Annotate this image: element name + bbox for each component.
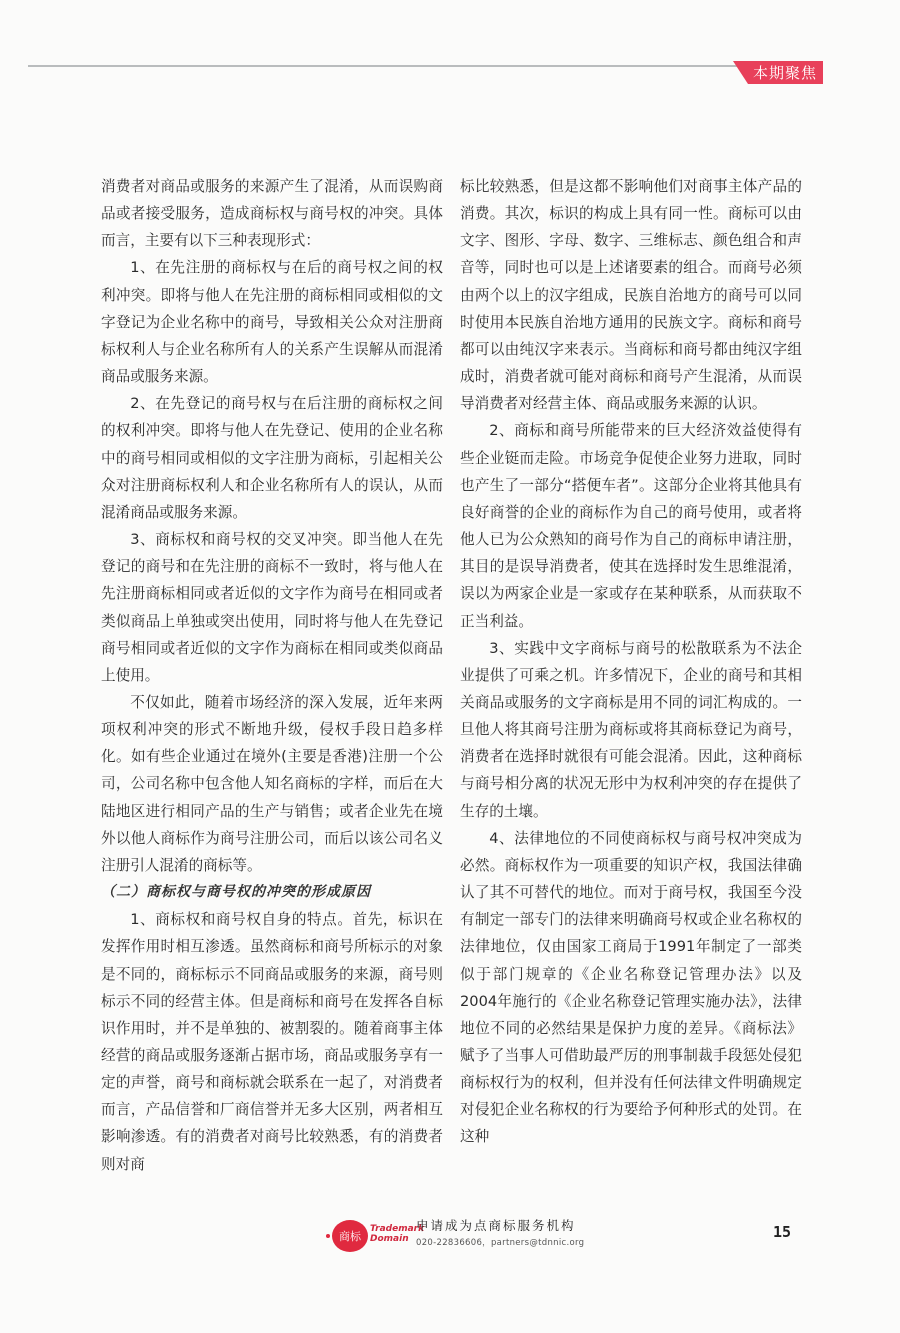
paragraph: 不仅如此，随着市场经济的深入发展，近年来两项权利冲突的形式不断地升级，侵权手段日… — [101, 689, 443, 879]
paragraph: 3、商标权和商号权的交叉冲突。即当他人在先登记的商号和在先注册的商标不一致时，将… — [101, 526, 443, 689]
logo-circle-icon: 商标 — [332, 1220, 368, 1252]
logo-dot-icon — [326, 1234, 330, 1238]
left-column: 消费者对商品或服务的来源产生了混淆，从而误购商品或者接受服务，造成商标权与商号权… — [101, 173, 443, 1178]
paragraph: 标比较熟悉，但是这都不影响他们对商事主体产品的消费。其次，标识的构成上具有同一性… — [460, 173, 802, 417]
section-subheading: （二）商标权与商号权的冲突的形成原因 — [101, 879, 443, 906]
paragraph: 3、实践中文字商标与商号的松散联系为不法企业提供了可乘之机。许多情况下，企业的商… — [460, 635, 802, 825]
logo-cn-text: 商标 — [339, 1228, 361, 1244]
footer-contact: 020-22836606，partners@tdnnic.org — [416, 1236, 584, 1248]
paragraph: 4、法律地位的不同使商标权与商号权冲突成为必然。商标权作为一项重要的知识产权，我… — [460, 825, 802, 1151]
page-number: 15 — [773, 1223, 791, 1241]
paragraph: 1、在先注册的商标权与在后的商号权之间的权利冲突。即将与他人在先注册的商标相同或… — [101, 254, 443, 390]
section-tag: 本期聚焦 — [733, 61, 823, 84]
paragraph: 消费者对商品或服务的来源产生了混淆，从而误购商品或者接受服务，造成商标权与商号权… — [101, 173, 443, 254]
paragraph: 2、在先登记的商号权与在后注册的商标权之间的权利冲突。即将与他人在先登记、使用的… — [101, 390, 443, 526]
header-rule — [28, 65, 738, 67]
right-column: 标比较熟悉，但是这都不影响他们对商事主体产品的消费。其次，标识的构成上具有同一性… — [460, 173, 802, 1151]
paragraph: 1、商标权和商号权自身的特点。首先，标识在发挥作用时相互渗透。虽然商标和商号所标… — [101, 906, 443, 1178]
trademark-domain-logo: 商标 Trademark Domain — [326, 1216, 416, 1256]
section-tag-label: 本期聚焦 — [753, 62, 817, 83]
footer-title: 申请成为点商标服务机构 — [416, 1216, 576, 1234]
paragraph: 2、商标和商号所能带来的巨大经济效益使得有些企业铤而走险。市场竞争促使企业努力进… — [460, 417, 802, 634]
footer: 商标 Trademark Domain 申请成为点商标服务机构 020-2283… — [326, 1216, 816, 1256]
